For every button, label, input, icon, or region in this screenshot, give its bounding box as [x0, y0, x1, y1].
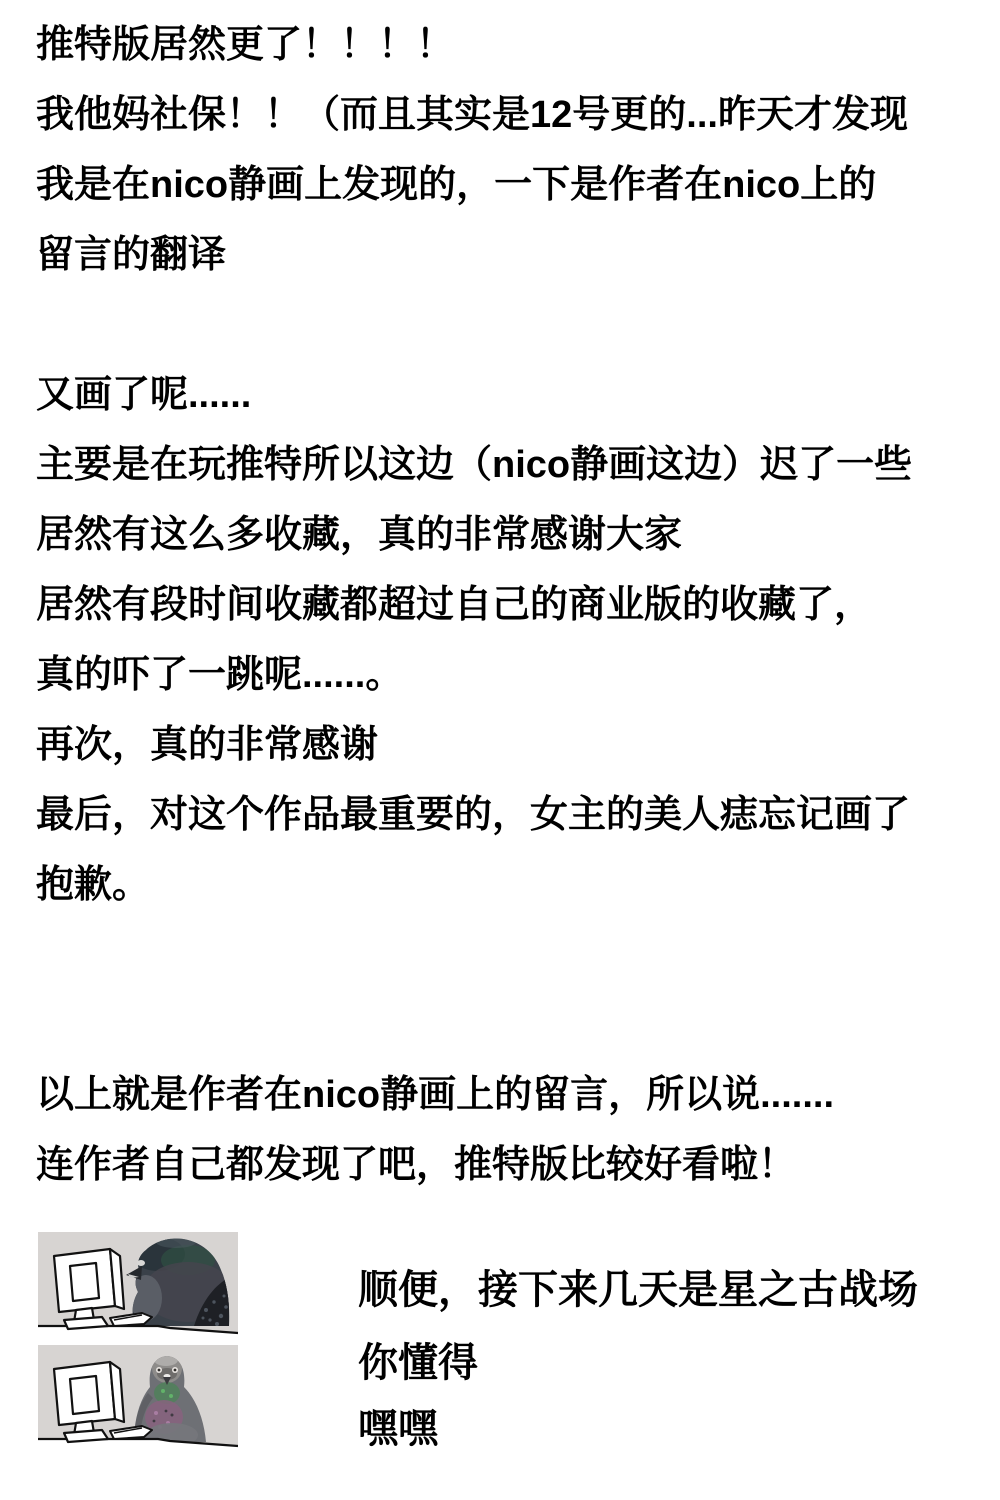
meme-side-note-line: 你懂得	[358, 1340, 478, 1386]
text-line-blank	[0, 990, 1000, 1060]
page: 推特版居然更了！！！！ 我他妈社保！！（而且其实是12号更的...昨天才发现 我…	[0, 0, 1000, 1500]
meme-side-note-line: 嘿嘿	[358, 1406, 438, 1452]
text-line: 我是在nico静画上发现的，一下是作者在nico上的	[0, 150, 1000, 220]
text-line-blank	[0, 920, 1000, 990]
text-line: 居然有这么多收藏，真的非常感谢大家	[0, 500, 1000, 570]
text-line: 居然有段时间收藏都超过自己的商业版的收藏了，	[0, 570, 1000, 640]
text-line: 主要是在玩推特所以这边（nico静画这边）迟了一些	[0, 430, 1000, 500]
text-line: 抱歉。	[0, 850, 1000, 920]
text-line: 连作者自己都发现了吧，推特版比较好看啦！	[0, 1130, 1000, 1200]
text-line: 又画了呢......	[0, 360, 1000, 430]
text-line: 以上就是作者在nico静画上的留言，所以说.......	[0, 1060, 1000, 1130]
pigeon-meme-image	[38, 1232, 238, 1450]
meme-panel-1	[38, 1232, 238, 1337]
text-line: 留言的翻译	[0, 220, 1000, 290]
meme-side-note-line: 顺便，接下来几天是星之古战场	[358, 1267, 918, 1313]
text-line: 推特版居然更了！！！！	[0, 10, 1000, 80]
meme-panel-2	[38, 1345, 238, 1450]
pigeon-meme-svg	[38, 1232, 238, 1450]
text-line: 真的吓了一跳呢......。	[0, 640, 1000, 710]
text-line: 我他妈社保！！（而且其实是12号更的...昨天才发现	[0, 80, 1000, 150]
post-text: 推特版居然更了！！！！ 我他妈社保！！（而且其实是12号更的...昨天才发现 我…	[0, 10, 1000, 1200]
text-line: 最后，对这个作品最重要的，女主的美人痣忘记画了	[0, 780, 1000, 850]
text-line: 再次，真的非常感谢	[0, 710, 1000, 780]
text-line-blank	[0, 290, 1000, 360]
